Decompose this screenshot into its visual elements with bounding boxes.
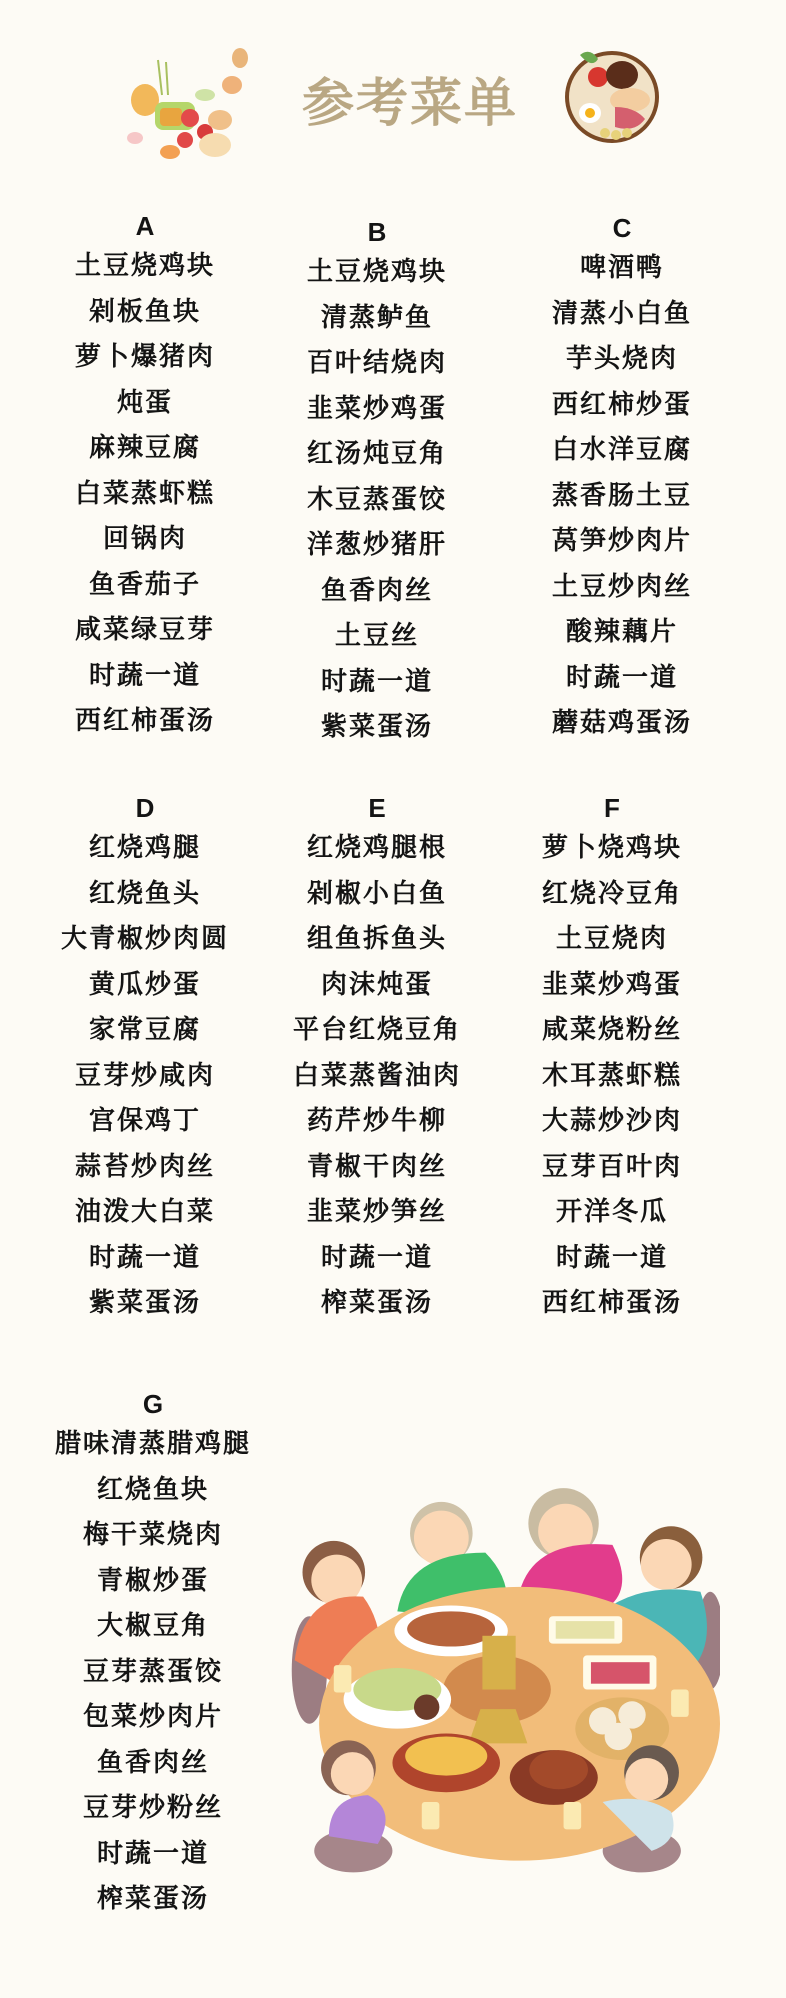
dish-item: 咸菜烧粉丝 (497, 1008, 727, 1054)
dish-item: 红烧鱼块 (38, 1468, 268, 1514)
page-title: 参考菜单 (290, 72, 530, 136)
dish-item: 红汤炖豆角 (262, 432, 492, 478)
dish-item: 酸辣藕片 (507, 610, 737, 656)
dish-item: 豆芽百叶肉 (497, 1145, 727, 1191)
dish-item: 土豆炒肉丝 (507, 565, 737, 611)
dish-item: 土豆丝 (262, 614, 492, 660)
dish-item: 韭菜炒鸡蛋 (497, 963, 727, 1009)
menu-letter: G (38, 1386, 268, 1422)
dish-item: 韭菜炒鸡蛋 (262, 387, 492, 433)
menu-column-b: B 土豆烧鸡块 清蒸鲈鱼 百叶结烧肉 韭菜炒鸡蛋 红汤炖豆角 木豆蒸蛋饺 洋葱炒… (262, 214, 492, 751)
dish-item: 红烧冷豆角 (497, 872, 727, 918)
dish-item: 土豆烧肉 (497, 917, 727, 963)
dish-item: 豆芽炒粉丝 (38, 1786, 268, 1832)
dish-item: 开洋冬瓜 (497, 1190, 727, 1236)
dish-item: 鱼香肉丝 (262, 569, 492, 615)
menu-letter: F (497, 790, 727, 826)
dish-item: 豆芽炒咸肉 (30, 1054, 260, 1100)
dish-item: 时蔬一道 (30, 654, 260, 700)
menu-column-c: C 啤酒鸭 清蒸小白鱼 芋头烧肉 西红柿炒蛋 白水洋豆腐 蒸香肠土豆 莴笋炒肉片… (507, 210, 737, 747)
dish-item: 红烧鸡腿根 (262, 826, 492, 872)
dish-item: 红烧鸡腿 (30, 826, 260, 872)
dish-item: 白菜蒸酱油肉 (262, 1054, 492, 1100)
dish-item: 腊味清蒸腊鸡腿 (38, 1422, 268, 1468)
dish-item: 麻辣豆腐 (30, 426, 260, 472)
menu-column-g: G 腊味清蒸腊鸡腿 红烧鱼块 梅干菜烧肉 青椒炒蛋 大椒豆角 豆芽蒸蛋饺 包菜炒… (38, 1386, 268, 1923)
dish-item: 平台红烧豆角 (262, 1008, 492, 1054)
dish-item: 萝卜爆猪肉 (30, 335, 260, 381)
dish-item: 洋葱炒猪肝 (262, 523, 492, 569)
menu-column-a: A 土豆烧鸡块 剁板鱼块 萝卜爆猪肉 炖蛋 麻辣豆腐 白菜蒸虾糕 回锅肉 鱼香茄… (30, 208, 260, 745)
dish-item: 鱼香肉丝 (38, 1741, 268, 1787)
dish-item: 西红柿炒蛋 (507, 383, 737, 429)
vegetable-salad-illustration (100, 40, 250, 160)
dish-item: 时蔬一道 (38, 1832, 268, 1878)
dish-item: 家常豆腐 (30, 1008, 260, 1054)
menu-column-d: D 红烧鸡腿 红烧鱼头 大青椒炒肉圆 黄瓜炒蛋 家常豆腐 豆芽炒咸肉 宫保鸡丁 … (30, 790, 260, 1327)
family-dinner-illustration (280, 1460, 720, 1880)
dish-item: 剁板鱼块 (30, 290, 260, 336)
menu-letter: E (262, 790, 492, 826)
dish-item: 蒸香肠土豆 (507, 474, 737, 520)
menu-letter: C (507, 210, 737, 246)
dish-item: 西红柿蛋汤 (497, 1281, 727, 1327)
dish-item: 豆芽蒸蛋饺 (38, 1650, 268, 1696)
menu-column-f: F 萝卜烧鸡块 红烧冷豆角 土豆烧肉 韭菜炒鸡蛋 咸菜烧粉丝 木耳蒸虾糕 大蒜炒… (497, 790, 727, 1327)
dish-item: 土豆烧鸡块 (30, 244, 260, 290)
dish-item: 蘑菇鸡蛋汤 (507, 701, 737, 747)
dish-item: 梅干菜烧肉 (38, 1513, 268, 1559)
dish-item: 炖蛋 (30, 381, 260, 427)
dish-item: 紫菜蛋汤 (30, 1281, 260, 1327)
dish-item: 莴笋炒肉片 (507, 519, 737, 565)
dish-item: 红烧鱼头 (30, 872, 260, 918)
menu-letter: A (30, 208, 260, 244)
dish-item: 组鱼拆鱼头 (262, 917, 492, 963)
menu-letter: B (262, 214, 492, 250)
dish-item: 大青椒炒肉圆 (30, 917, 260, 963)
dish-item: 百叶结烧肉 (262, 341, 492, 387)
dish-item: 时蔬一道 (262, 660, 492, 706)
dish-item: 榨菜蛋汤 (262, 1281, 492, 1327)
dish-item: 啤酒鸭 (507, 246, 737, 292)
dish-item: 白水洋豆腐 (507, 428, 737, 474)
dish-item: 白菜蒸虾糕 (30, 472, 260, 518)
dish-item: 剁椒小白鱼 (262, 872, 492, 918)
food-plate-illustration (560, 45, 665, 145)
dish-item: 青椒干肉丝 (262, 1145, 492, 1191)
dish-item: 大椒豆角 (38, 1604, 268, 1650)
dish-item: 回锅肉 (30, 517, 260, 563)
dish-item: 肉沫炖蛋 (262, 963, 492, 1009)
dish-item: 清蒸小白鱼 (507, 292, 737, 338)
dish-item: 咸菜绿豆芽 (30, 608, 260, 654)
dish-item: 大蒜炒沙肉 (497, 1099, 727, 1145)
dish-item: 青椒炒蛋 (38, 1559, 268, 1605)
dish-item: 包菜炒肉片 (38, 1695, 268, 1741)
dish-item: 西红柿蛋汤 (30, 699, 260, 745)
dish-item: 榨菜蛋汤 (38, 1877, 268, 1923)
dish-item: 紫菜蛋汤 (262, 705, 492, 751)
dish-item: 土豆烧鸡块 (262, 250, 492, 296)
dish-item: 芋头烧肉 (507, 337, 737, 383)
dish-item: 黄瓜炒蛋 (30, 963, 260, 1009)
dish-item: 清蒸鲈鱼 (262, 296, 492, 342)
dish-item: 宫保鸡丁 (30, 1099, 260, 1145)
menu-letter: D (30, 790, 260, 826)
dish-item: 木豆蒸蛋饺 (262, 478, 492, 524)
dish-item: 萝卜烧鸡块 (497, 826, 727, 872)
dish-item: 蒜苔炒肉丝 (30, 1145, 260, 1191)
dish-item: 药芹炒牛柳 (262, 1099, 492, 1145)
dish-item: 木耳蒸虾糕 (497, 1054, 727, 1100)
dish-item: 时蔬一道 (262, 1236, 492, 1282)
header: 参考菜单 (0, 0, 786, 200)
menu-column-e: E 红烧鸡腿根 剁椒小白鱼 组鱼拆鱼头 肉沫炖蛋 平台红烧豆角 白菜蒸酱油肉 药… (262, 790, 492, 1327)
dish-item: 油泼大白菜 (30, 1190, 260, 1236)
dish-item: 韭菜炒笋丝 (262, 1190, 492, 1236)
dish-item: 时蔬一道 (507, 656, 737, 702)
dish-item: 时蔬一道 (30, 1236, 260, 1282)
dish-item: 鱼香茄子 (30, 563, 260, 609)
dish-item: 时蔬一道 (497, 1236, 727, 1282)
